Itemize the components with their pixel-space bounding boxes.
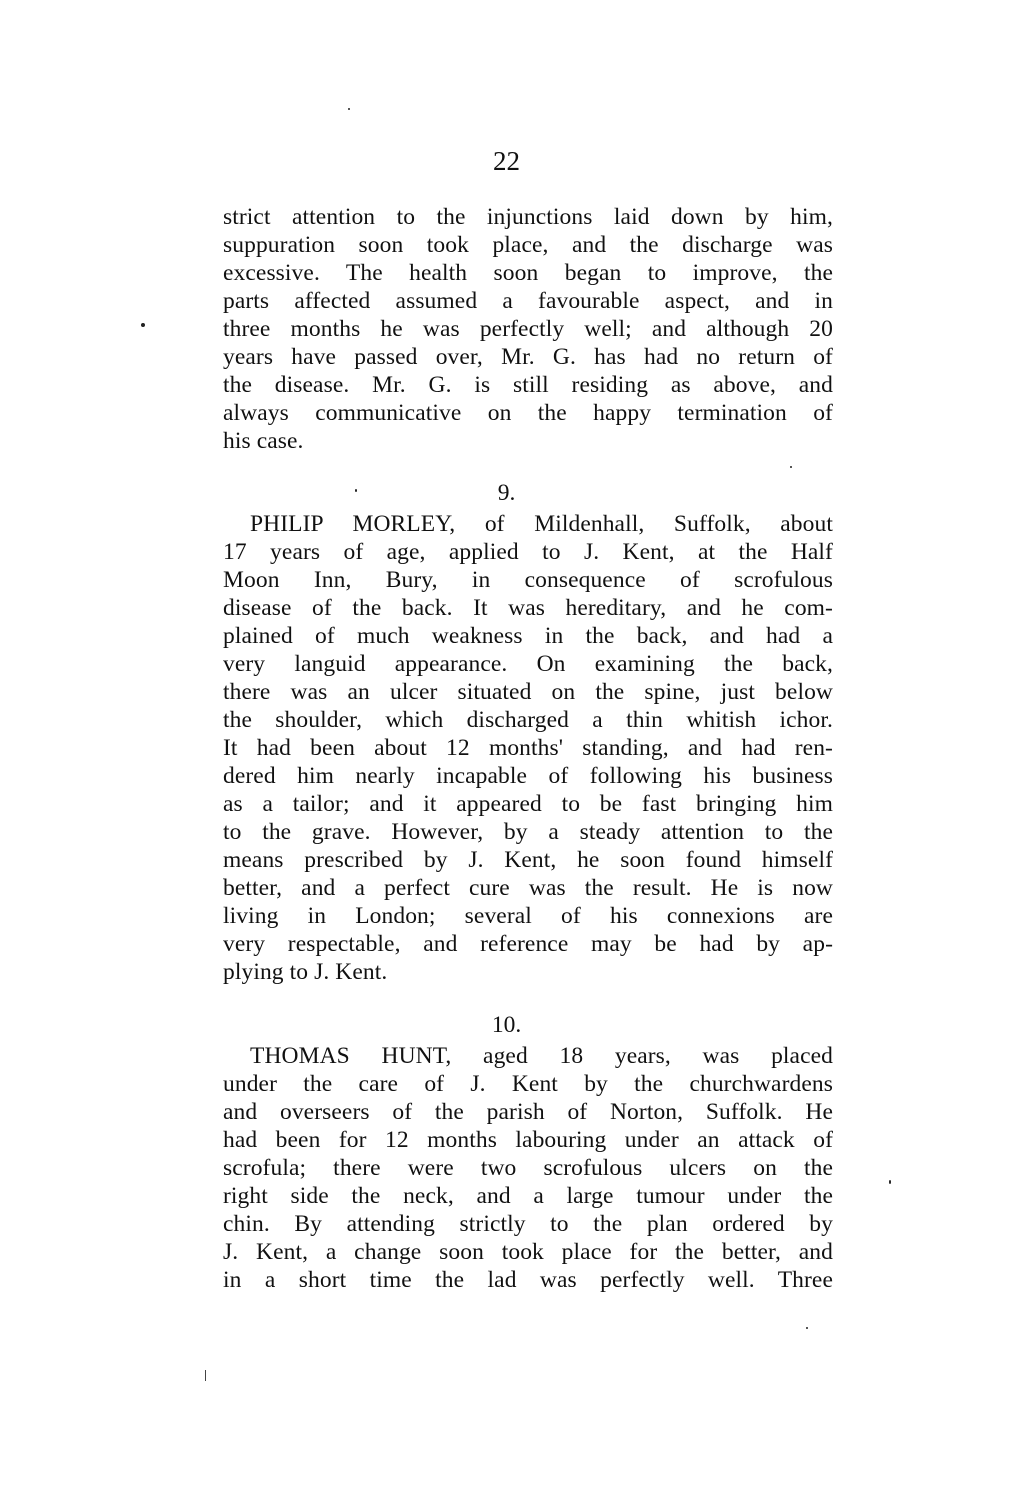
text-line: three months he was perfectly well; and …: [223, 316, 833, 343]
text-line: right side the neck, and a large tumour …: [223, 1183, 833, 1210]
text-line: had been for 12 months labouring under a…: [223, 1127, 833, 1154]
text-line: living in London; several of his connexi…: [223, 903, 833, 930]
text-line: suppuration soon took place, and the dis…: [223, 232, 833, 259]
text-line: in a short time the lad was perfectly we…: [223, 1267, 833, 1294]
text-line: THOMAS HUNT, aged 18 years, was placed: [250, 1043, 833, 1070]
text-line: scrofula; there were two scrofulous ulce…: [223, 1155, 833, 1182]
section-number-9: 9.: [0, 480, 1013, 507]
text-line: the shoulder, which discharged a thin wh…: [223, 707, 833, 734]
text-line: PHILIP MORLEY, of Mildenhall, Suffolk, a…: [250, 511, 833, 538]
text-line: parts affected assumed a favourable aspe…: [223, 288, 833, 315]
scan-speck: [806, 1327, 808, 1329]
scan-speck: [790, 466, 792, 468]
section-number-10: 10.: [0, 1012, 1013, 1039]
page-number: 22: [0, 146, 1013, 176]
text-line: his case.: [223, 428, 833, 455]
text-line: years have passed over, Mr. G. has had n…: [223, 344, 833, 371]
text-line: Moon Inn, Bury, in consequence of scrofu…: [223, 567, 833, 594]
scan-speck: [141, 323, 145, 327]
text-line: always communicative on the happy termin…: [223, 400, 833, 427]
text-line: under the care of J. Kent by the churchw…: [223, 1071, 833, 1098]
text-line: as a tailor; and it appeared to be fast …: [223, 791, 833, 818]
scan-mark: [205, 1370, 206, 1381]
text-line: J. Kent, a change soon took place for th…: [223, 1239, 833, 1266]
text-line: 17 years of age, applied to J. Kent, at …: [223, 539, 833, 566]
scan-speck: [348, 108, 350, 110]
text-line: plained of much weakness in the back, an…: [223, 623, 833, 650]
text-line: chin. By attending strictly to the plan …: [223, 1211, 833, 1238]
text-line: there was an ulcer situated on the spine…: [223, 679, 833, 706]
text-line: plying to J. Kent.: [223, 959, 833, 986]
text-line: and overseers of the parish of Norton, S…: [223, 1099, 833, 1126]
text-line: strict attention to the injunctions laid…: [223, 204, 833, 231]
text-line: excessive. The health soon began to impr…: [223, 260, 833, 287]
text-line: dered him nearly incapable of following …: [223, 763, 833, 790]
text-line: better, and a perfect cure was the resul…: [223, 875, 833, 902]
text-line: very respectable, and reference may be h…: [223, 931, 833, 958]
text-line: the disease. Mr. G. is still residing as…: [223, 372, 833, 399]
text-line: to the grave. However, by a steady atten…: [223, 819, 833, 846]
scan-speck: [889, 1180, 891, 1184]
text-line: disease of the back. It was hereditary, …: [223, 595, 833, 622]
text-line: It had been about 12 months' standing, a…: [223, 735, 833, 762]
scanned-book-page: 22 strict attention to the injunctions l…: [0, 0, 1013, 1494]
text-line: means prescribed by J. Kent, he soon fou…: [223, 847, 833, 874]
text-line: very languid appearance. On examining th…: [223, 651, 833, 678]
scan-speck: [355, 489, 357, 492]
